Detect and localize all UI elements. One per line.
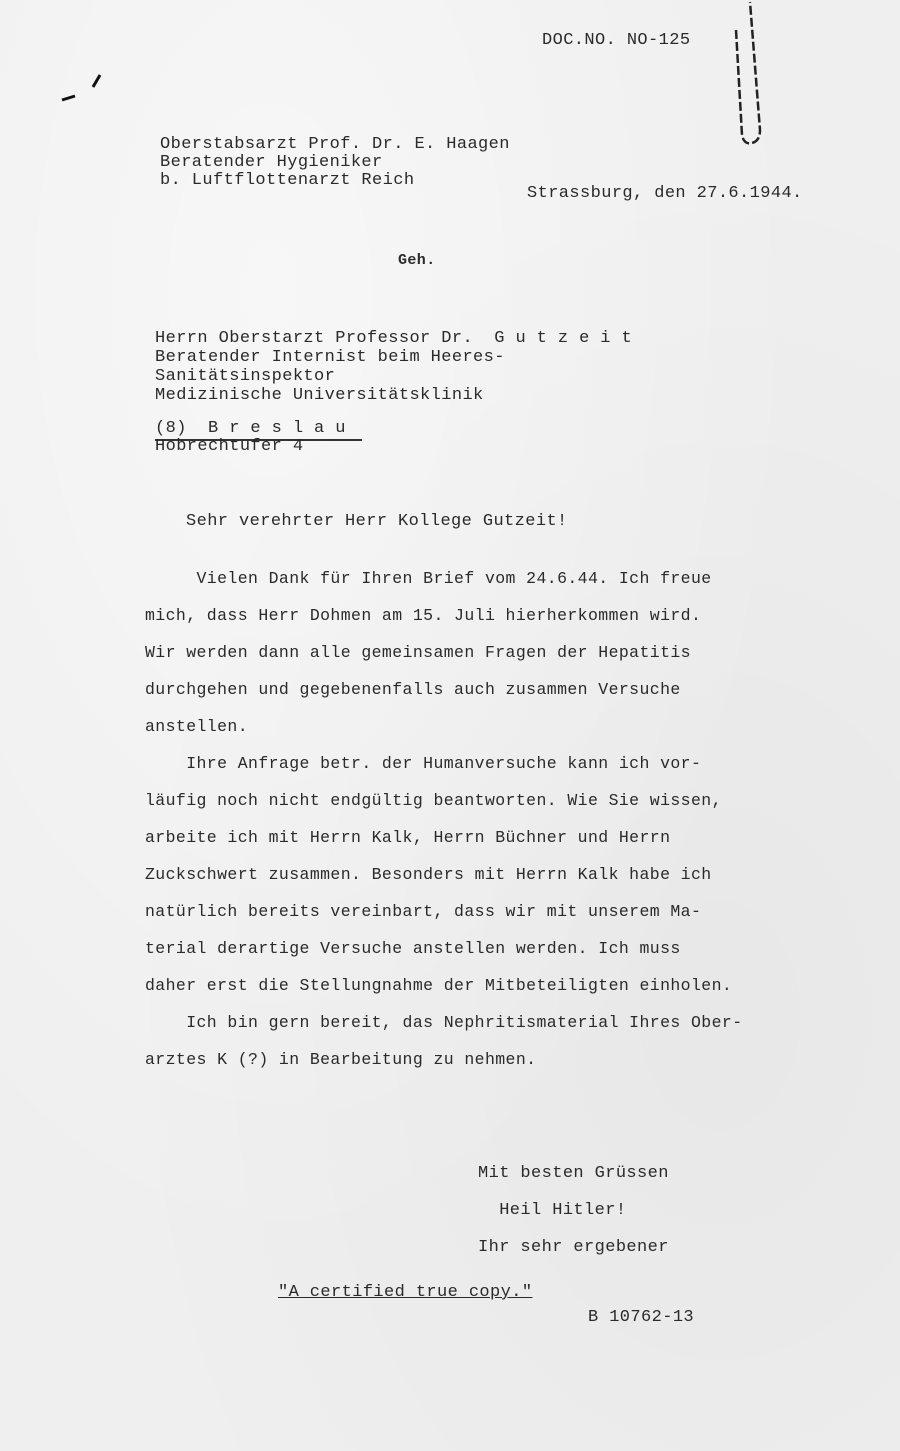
- sender-line: Beratender Hygieniker: [160, 154, 510, 172]
- closing-line: Ihr sehr ergebener: [478, 1229, 669, 1266]
- document-number: DOC.NO. NO-125: [542, 32, 690, 50]
- body-line: anstellen.: [145, 708, 743, 745]
- body-line: durchgehen und gegebenenfalls auch zusam…: [145, 671, 743, 708]
- recipient-line: Beratender Internist beim Heeres-: [155, 348, 632, 367]
- certified-copy-note: "A certified true copy.": [278, 1284, 532, 1302]
- recipient-line: Medizinische Universitätsklinik: [155, 386, 632, 405]
- classification-mark: Geh.: [398, 252, 436, 270]
- body-line: arbeite ich mit Herrn Kalk, Herrn Büchne…: [145, 819, 743, 856]
- body-line: Vielen Dank für Ihren Brief vom 24.6.44.…: [145, 560, 743, 597]
- body-line: mich, dass Herr Dohmen am 15. Juli hierh…: [145, 597, 743, 634]
- sender-line: Oberstabsarzt Prof. Dr. E. Haagen: [160, 136, 510, 154]
- recipient-block: Herrn Oberstarzt Professor Dr. G u t z e…: [155, 329, 632, 405]
- closing-line: Heil Hitler!: [478, 1192, 669, 1229]
- recipient-city: (8) B r e s l a u: [155, 420, 346, 438]
- body-line: Ich bin gern bereit, das Nephritismateri…: [145, 1004, 743, 1041]
- reference-number: B 10762-13: [588, 1309, 694, 1327]
- body-line: daher erst die Stellungnahme der Mitbete…: [145, 967, 743, 1004]
- sender-line: b. Luftflottenarzt Reich: [160, 172, 510, 190]
- body-line: arztes K (?) in Bearbeitung zu nehmen.: [145, 1041, 743, 1078]
- place-date: Strassburg, den 27.6.1944.: [527, 185, 803, 203]
- document-page: DOC.NO. NO-125 Oberstabsarzt Prof. Dr. E…: [0, 0, 900, 1451]
- body-line: natürlich bereits vereinbart, dass wir m…: [145, 893, 743, 930]
- body-line: Ihre Anfrage betr. der Humanversuche kan…: [145, 745, 743, 782]
- paperclip-icon: [730, 0, 770, 148]
- body-line: terial derartige Versuche anstellen werd…: [145, 930, 743, 967]
- closing-line: Mit besten Grüssen: [478, 1155, 669, 1192]
- pen-mark-icon: [60, 72, 110, 107]
- body-line: Wir werden dann alle gemeinsamen Fragen …: [145, 634, 743, 671]
- recipient-line: Sanitätsinspektor: [155, 367, 632, 386]
- recipient-street: Hobrechtufer 4: [155, 438, 303, 456]
- body-line: läufig noch nicht endgültig beantworten.…: [145, 782, 743, 819]
- closing-block: Mit besten Grüssen Heil Hitler!Ihr sehr …: [478, 1155, 669, 1266]
- salutation: Sehr verehrter Herr Kollege Gutzeit!: [186, 513, 568, 531]
- body-line: Zuckschwert zusammen. Besonders mit Herr…: [145, 856, 743, 893]
- recipient-line: Herrn Oberstarzt Professor Dr. G u t z e…: [155, 329, 632, 348]
- letter-body: Vielen Dank für Ihren Brief vom 24.6.44.…: [145, 560, 743, 1078]
- sender-block: Oberstabsarzt Prof. Dr. E. HaagenBeraten…: [160, 136, 510, 190]
